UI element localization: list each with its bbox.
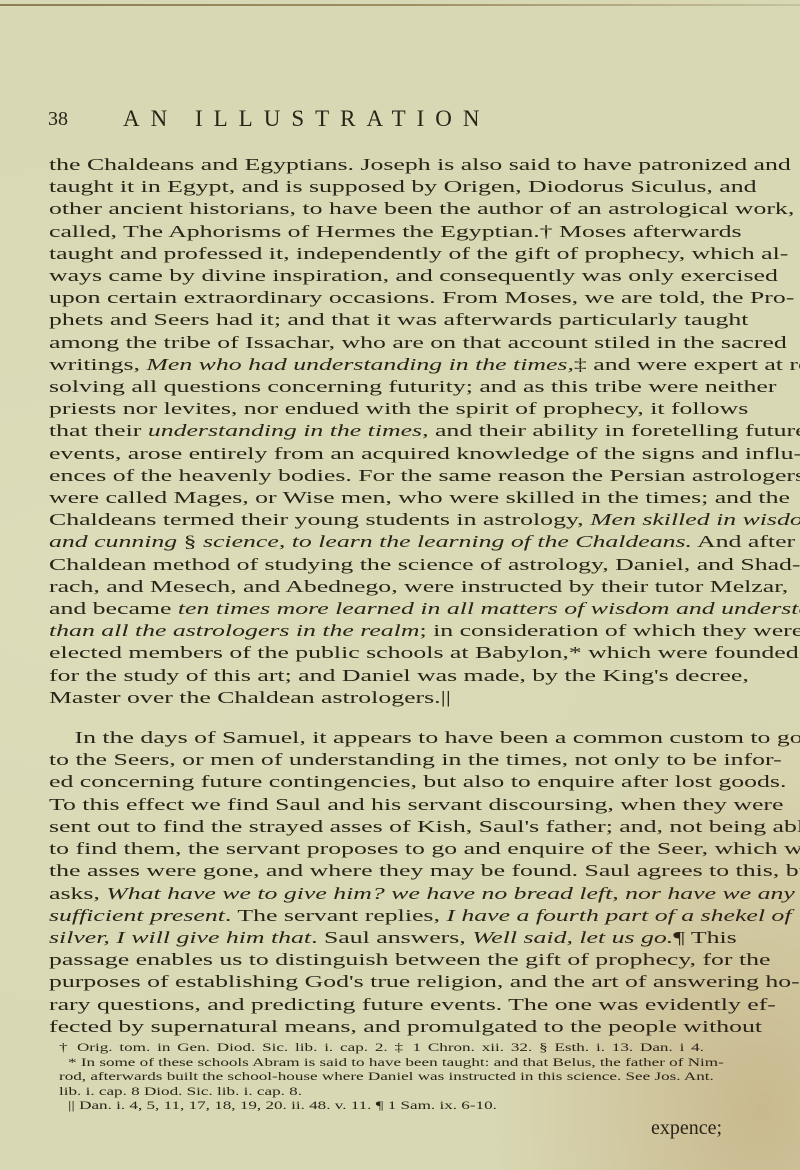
text-run: asks, [49, 884, 106, 903]
text-run: to the Seers, or men of understanding in… [49, 750, 782, 769]
text-line: solving all questions concerning futurit… [49, 376, 685, 398]
text-line: than all the astrologers in the realm; i… [49, 620, 685, 642]
paragraph-1: the Chaldeans and Egyptians. Joseph is a… [49, 154, 685, 709]
text-run: the Chaldeans and Egyptians. Joseph is a… [49, 155, 791, 174]
footnote-line: * In some of these schools Abram is said… [59, 1056, 704, 1071]
text-line: passage enables us to distinguish betwee… [49, 949, 685, 971]
italic-text: I have a fourth part of a shekel of [446, 906, 791, 925]
text-run: taught it in Egypt, and is supposed by O… [49, 177, 757, 196]
text-run: To this effect we find Saul and his serv… [49, 795, 783, 814]
text-run: . Saul answers, [311, 928, 472, 947]
text-line: In the days of Samuel, it appears to hav… [49, 727, 685, 749]
text-line: ed concerning future contingencies, but … [49, 771, 685, 793]
page-number: 38 [48, 108, 68, 131]
text-run: § [177, 532, 203, 551]
text-run: to find them, the servant proposes to go… [49, 839, 800, 858]
text-line: silver, I will give him that. Saul answe… [49, 927, 685, 949]
text-line: events, arose entirely from an acquired … [49, 443, 685, 465]
text-line: and became ten times more learned in all… [49, 598, 685, 620]
page-edge [0, 4, 800, 6]
text-line: Chaldeans termed their young students in… [49, 509, 685, 531]
text-run: Chaldeans termed their young students in… [49, 510, 590, 529]
text-line: called, The Aphorisms of Hermes the Egyp… [49, 221, 685, 243]
text-run: rach, and Mesech, and Abednego, were ins… [49, 577, 788, 596]
text-run: taught and professed it, independently o… [49, 244, 788, 263]
italic-text: nor have we any [625, 884, 795, 903]
text-line: elected members of the public schools at… [49, 642, 685, 664]
text-run: Master over the Chaldean astrologers.|| [49, 688, 451, 707]
text-run: ed concerning future contingencies, but … [49, 772, 786, 791]
italic-text: Well said, let us go. [472, 928, 673, 947]
italic-text: ten times more learned in all matters of… [178, 599, 800, 618]
text-line: writings, Men who had understanding in t… [49, 354, 685, 376]
text-line: upon certain extraordinary occasions. Fr… [49, 287, 685, 309]
text-run: and became [49, 599, 178, 618]
italic-text: Men skilled in wisdom [590, 510, 800, 529]
text-line: the Chaldeans and Egyptians. Joseph is a… [49, 154, 685, 176]
text-run: among the tribe of Issachar, who are on … [49, 333, 787, 352]
text-run: sent out to find the strayed asses of Ki… [49, 817, 800, 836]
text-run: events, arose entirely from an acquired … [49, 444, 800, 463]
italic-text: science, to learn the learning of the Ch… [203, 532, 692, 551]
text-line: that their understanding in the times, a… [49, 420, 685, 442]
text-line: other ancient historians, to have been t… [49, 198, 685, 220]
text-line: purposes of establishing God's true reli… [49, 971, 685, 993]
text-line: ways came by divine inspiration, and con… [49, 265, 685, 287]
text-run: In the days of Samuel, it appears to hav… [75, 728, 800, 747]
catchword: expence; [651, 1117, 722, 1140]
italic-text: understanding in the times [148, 421, 422, 440]
text-run: ences of the heavenly bodies. For the sa… [49, 466, 800, 485]
text-run: priests nor levites, nor endued with the… [49, 399, 748, 418]
text-line: to find them, the servant proposes to go… [49, 838, 685, 860]
text-run: for the study of this art; and Daniel wa… [49, 666, 749, 685]
body-text: the Chaldeans and Egyptians. Joseph is a… [49, 154, 473, 1038]
footnote-line: lib. i. cap. 8 Diod. Sic. lib. i. cap. 8… [59, 1085, 704, 1100]
footnote-line: † Orig. tom. in Gen. Diod. Sic. lib. i. … [59, 1041, 704, 1056]
text-line: among the tribe of Issachar, who are on … [49, 332, 685, 354]
text-run: And after the [692, 532, 800, 551]
text-run: called, The Aphorisms of Hermes the Egyp… [49, 222, 742, 241]
text-line: taught it in Egypt, and is supposed by O… [49, 176, 685, 198]
text-run: passage enables us to distinguish betwee… [49, 950, 770, 969]
text-line: sufficient present. The servant replies,… [49, 905, 685, 927]
text-line: fected by supernatural means, and promul… [49, 1016, 685, 1038]
body-text-scaler: the Chaldeans and Egyptians. Joseph is a… [49, 154, 685, 1038]
text-line: to the Seers, or men of understanding in… [49, 749, 685, 771]
text-line: for the study of this art; and Daniel wa… [49, 665, 685, 687]
text-line: taught and professed it, independently o… [49, 243, 685, 265]
text-line: rach, and Mesech, and Abednego, were ins… [49, 576, 685, 598]
italic-text: and cunning [49, 532, 177, 551]
text-run: fected by supernatural means, and promul… [49, 1017, 762, 1036]
text-run: . The servant replies, [225, 906, 446, 925]
text-run: purposes of establishing God's true reli… [49, 972, 800, 991]
italic-text: sufficient present [49, 906, 225, 925]
footnote-line: || Dan. i. 4, 5, 11, 17, 18, 19, 20. ii.… [59, 1099, 704, 1114]
text-run: phets and Seers had it; and that it was … [49, 310, 748, 329]
text-line: Chaldean method of studying the science … [49, 554, 685, 576]
italic-text: silver, I will give him that [49, 928, 311, 947]
text-run: rary questions, and predicting future ev… [49, 995, 776, 1014]
footnotes: † Orig. tom. in Gen. Diod. Sic. lib. i. … [59, 1041, 704, 1114]
text-line: priests nor levites, nor endued with the… [49, 398, 685, 420]
text-line: and cunning § science, to learn the lear… [49, 531, 685, 553]
text-run: ; in consideration of which they were [419, 621, 800, 640]
text-run: upon certain extraordinary occasions. Fr… [49, 288, 794, 307]
text-run: other ancient historians, to have been t… [49, 199, 794, 218]
text-line: asks, What have we to give him? we have … [49, 883, 685, 905]
text-line: were called Mages, or Wise men, who were… [49, 487, 685, 509]
text-run: solving all questions concerning futurit… [49, 377, 776, 396]
text-run: , and their ability in foretelling futur… [422, 421, 800, 440]
text-run: ¶ This [673, 928, 737, 947]
text-run: elected members of the public schools at… [49, 643, 799, 662]
italic-text: What have we to give him? we have no bre… [106, 884, 612, 903]
italic-text: Men who had understanding in the times, [146, 355, 574, 374]
text-line: phets and Seers had it; and that it was … [49, 309, 685, 331]
text-run: ways came by divine inspiration, and con… [49, 266, 778, 285]
text-line: the asses were gone, and where they may … [49, 860, 685, 882]
footnote-line: rod, afterwards built the school-house w… [59, 1070, 704, 1085]
text-run: ‡ and were expert at re- [574, 355, 800, 374]
text-line: rary questions, and predicting future ev… [49, 994, 685, 1016]
running-head: AN ILLUSTRATION [123, 106, 491, 132]
text-run: , [612, 884, 625, 903]
text-run: the asses were gone, and where they may … [49, 861, 800, 880]
text-line: ences of the heavenly bodies. For the sa… [49, 465, 685, 487]
text-run: were called Mages, or Wise men, who were… [49, 488, 790, 507]
text-line: Master over the Chaldean astrologers.|| [49, 687, 685, 709]
text-run: Chaldean method of studying the science … [49, 555, 800, 574]
paragraph-2: In the days of Samuel, it appears to hav… [49, 727, 685, 1038]
italic-text: than all the astrologers in the realm [49, 621, 419, 640]
text-line: To this effect we find Saul and his serv… [49, 794, 685, 816]
text-line: sent out to find the strayed asses of Ki… [49, 816, 685, 838]
text-run: that their [49, 421, 148, 440]
text-run: writings, [49, 355, 146, 374]
